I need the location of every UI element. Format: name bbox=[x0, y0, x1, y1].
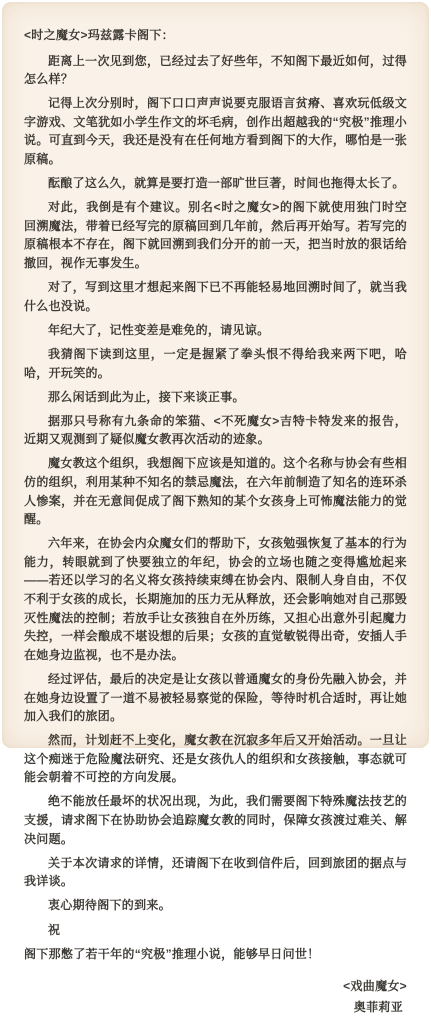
letter-paragraph: 距离上一次见到您，已经过去了好些年，不知阁下最近如何，过得怎么样？ bbox=[24, 52, 407, 89]
letter-paragraph: 酝酿了这么久，就算是要打造一部旷世巨著，时间也拖得太长了。 bbox=[24, 174, 407, 193]
letter-paragraph: 对此，我倒是有个建议。别名<时之魔女>的阁下就使用独门时空回溯魔法，带着已经写完… bbox=[24, 198, 407, 272]
letter-salutation: <时之魔女>玛兹露卡阁下： bbox=[24, 26, 407, 45]
letter-paragraph: 然而，计划赶不上变化，魔女教在沉寂多年后又开始活动。一旦让这个痴迷于危险魔法研究… bbox=[24, 731, 407, 750]
letter-body: 距离上一次见到您，已经过去了好些年，不知阁下最近如何，过得怎么样？记得上次分别时… bbox=[24, 52, 407, 750]
letter-paragraph: 经过评估，最后的决定是让女孩以普通魔女的身份先融入协会，并在她身边设置了一道不易… bbox=[24, 670, 407, 726]
letter-paragraph: 那么闲话到此为止，接下来谈正事。 bbox=[24, 388, 407, 407]
letter-page: <时之魔女>玛兹露卡阁下： 距离上一次见到您，已经过去了好些年，不知阁下最近如何… bbox=[2, 2, 429, 748]
letter-paragraph: 六年来，在协会内众魔女们的帮助下，女孩勉强恢复了基本的行为能力，转眼就到了快要独… bbox=[24, 534, 407, 664]
letter-paragraph: 年纪大了，记性变差是难免的，请见谅。 bbox=[24, 321, 407, 340]
letter-paragraph: 据那只号称有九条命的笨猫、<不死魔女>吉特卡特发来的报告，近期又观测到了疑似魔女… bbox=[24, 412, 407, 449]
letter-paragraph: 魔女教这个组织，我想阁下应该是知道的。这个名称与协会有些相仿的组织，利用某种不知… bbox=[24, 454, 407, 528]
letter-paragraph: 记得上次分别时，阁下口口声声说要克服语言贫瘠、喜欢玩低级文字游戏、文笔犹如小学生… bbox=[24, 94, 407, 168]
letter-paragraph: 我猜阁下读到这里，一定是握紧了拳头恨不得给我来两下吧，哈哈，开玩笑的。 bbox=[24, 345, 407, 382]
letter-paragraph: 对了，写到这里才想起来阁下已不再能轻易地回溯时间了，就当我什么也没说。 bbox=[24, 278, 407, 315]
